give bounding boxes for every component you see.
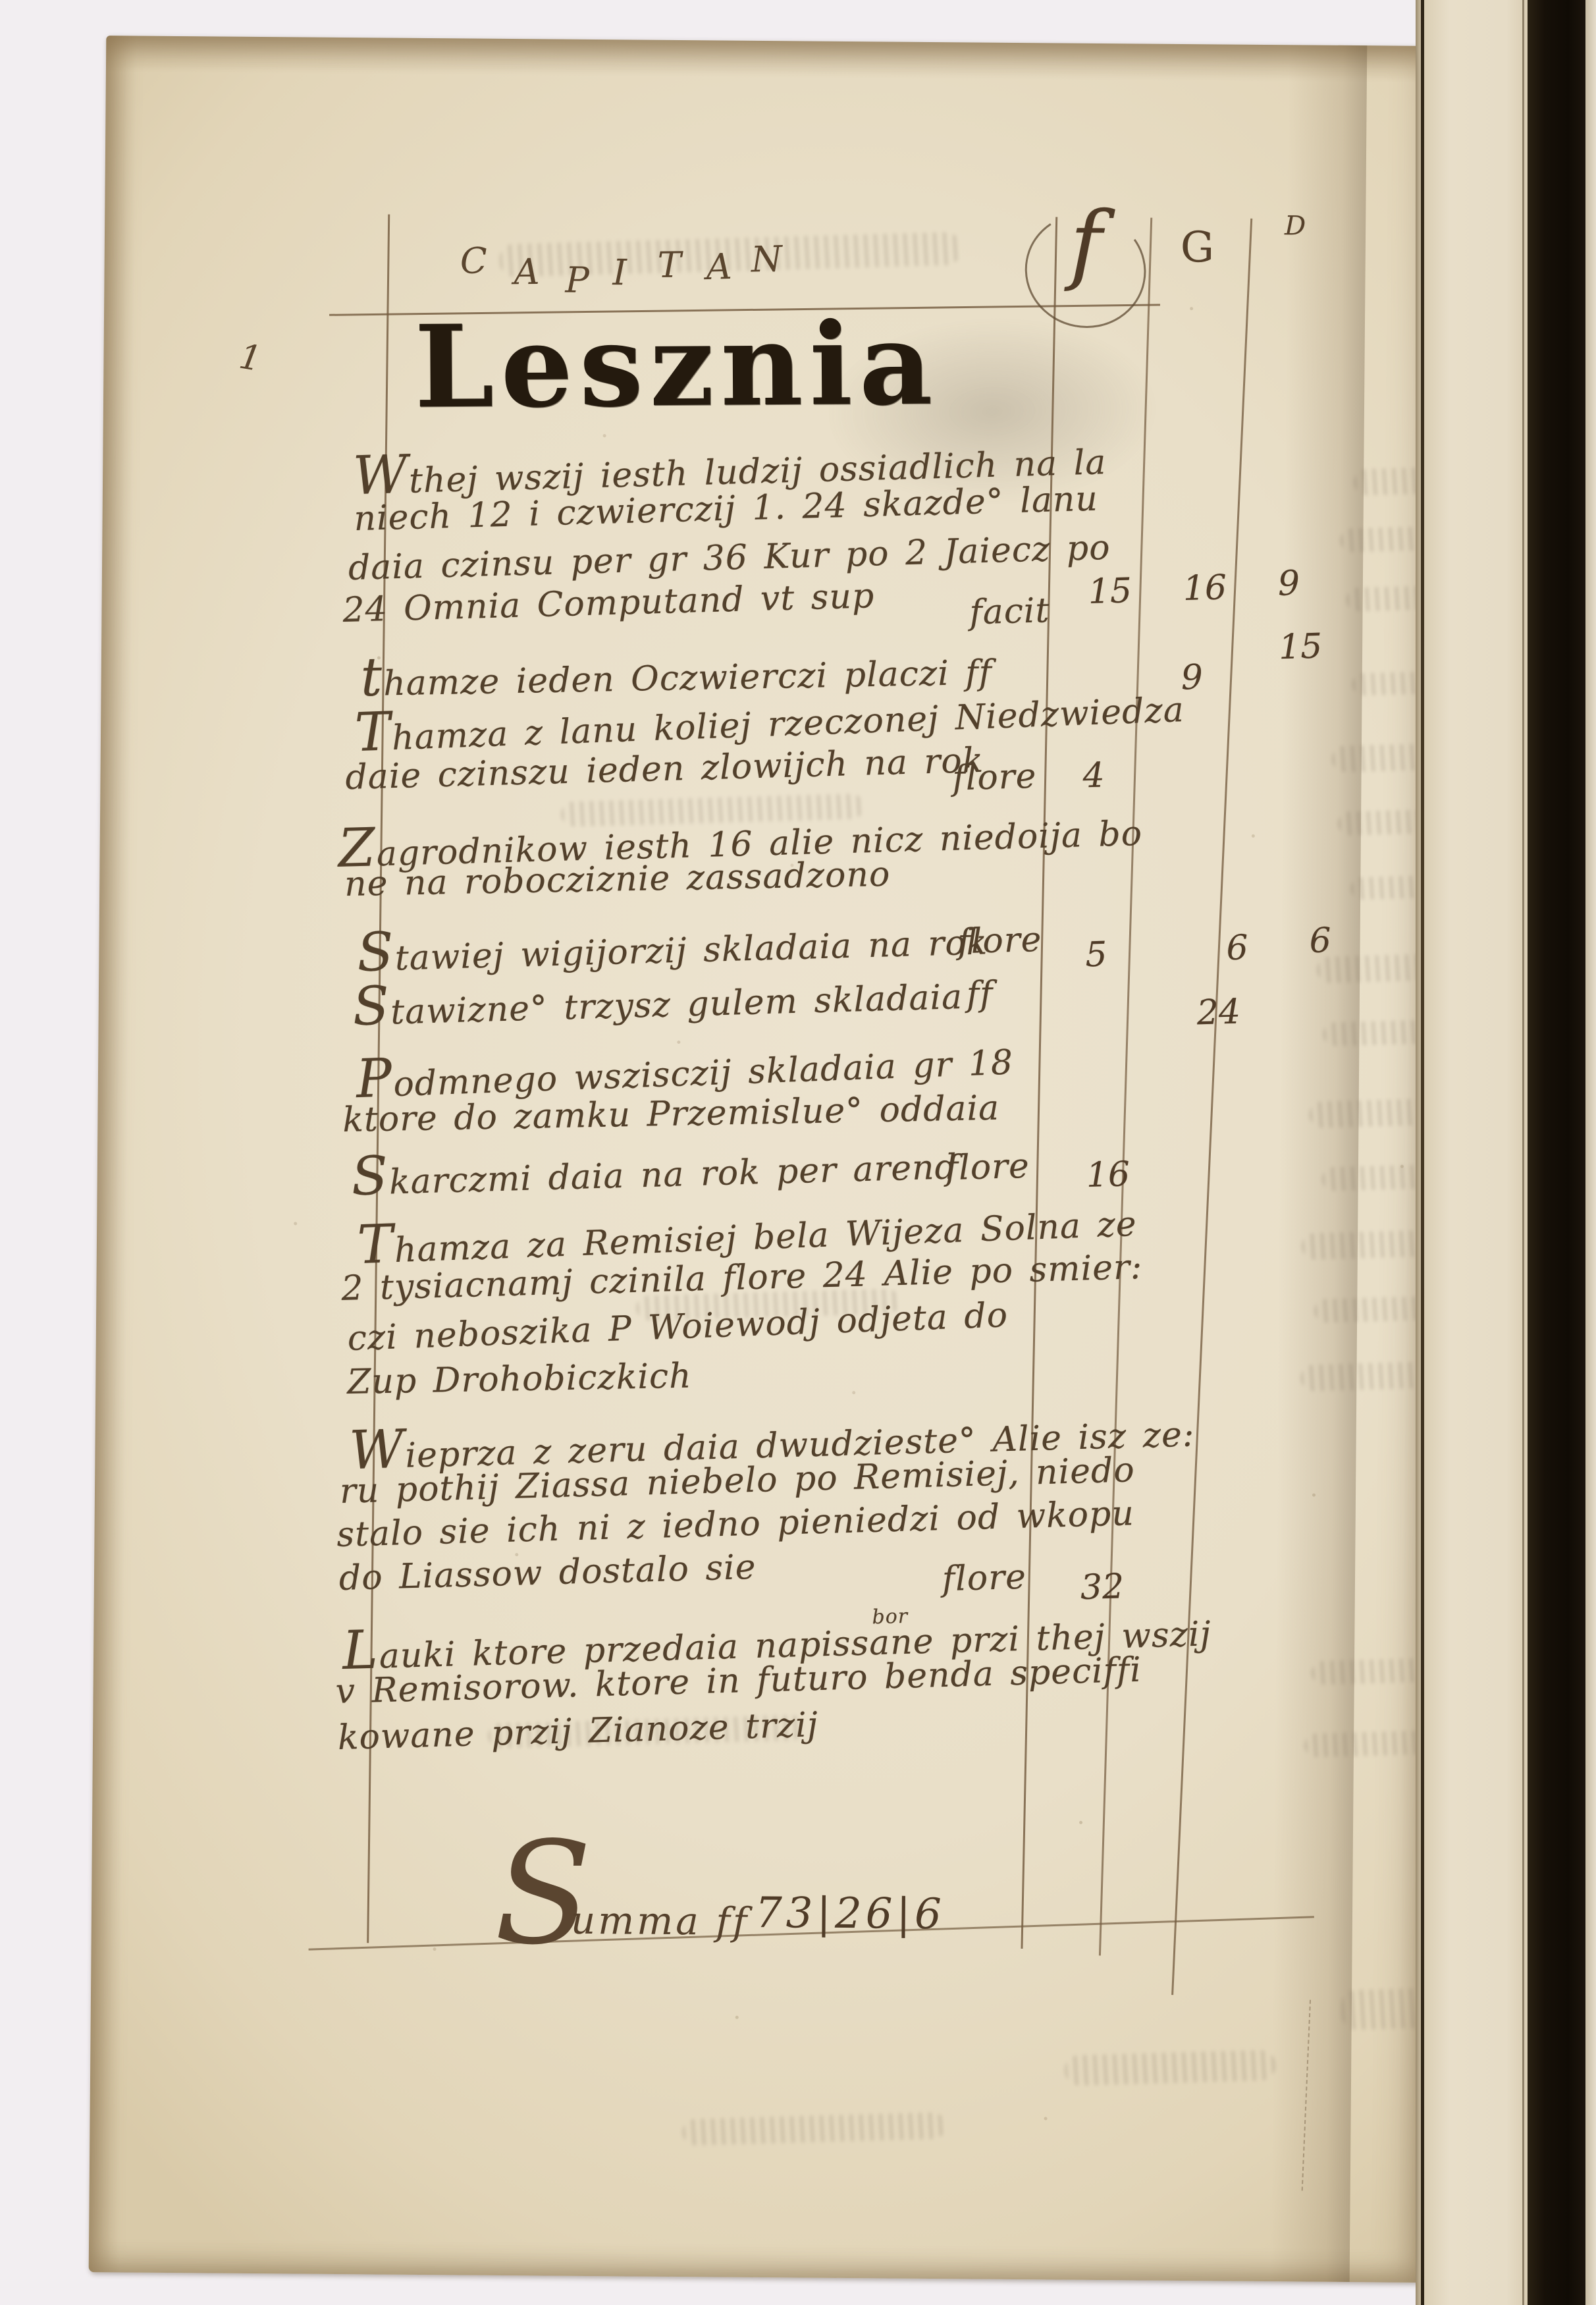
adjacent-page-edge	[1416, 0, 1529, 2305]
header-letter: N	[751, 238, 783, 280]
bleedthrough-smudge	[1065, 2050, 1276, 2086]
amount-value: 24	[1196, 992, 1241, 1033]
amount-value: 9	[1181, 658, 1204, 698]
header-letter: T	[657, 244, 681, 286]
text-line: ne na robocziznie zassadzono	[344, 856, 891, 904]
header-letter: P	[565, 259, 589, 301]
amount-value: 15	[1278, 627, 1323, 668]
text-line: daia czinsu per gr 36 Kur po 2 Jaiecz po	[348, 529, 1111, 587]
gutter-shadow	[1271, 45, 1368, 2282]
text-line: kowane przij Zianoze trzij	[337, 1706, 818, 1757]
amount-value: 6	[1309, 921, 1332, 961]
text-line: facit	[969, 592, 1050, 632]
grosz-column-letter: G	[1181, 223, 1215, 272]
denar-column-letter: D	[1285, 211, 1306, 241]
summa-value: 73|26|6	[755, 1889, 945, 1939]
page-stack-edge	[1585, 0, 1596, 2305]
manuscript-page: CAPITAN f G D 1 Lesznia Wthej wszij iest…	[89, 36, 1437, 2283]
amount-value: 4	[1082, 755, 1105, 796]
page-stack-crease	[1522, 0, 1524, 2305]
header-letter: I	[612, 252, 627, 293]
text-line: ff	[966, 975, 994, 1014]
amount-value: 16	[1086, 1154, 1130, 1195]
gutter-crease	[1421, 0, 1424, 2305]
text-line: flore	[957, 921, 1042, 962]
book-binding	[1528, 0, 1585, 2305]
text-line: do Liassow dostalo sie	[338, 1549, 757, 1598]
bleedthrough-smudge	[682, 2112, 946, 2146]
page-edge-shading-left	[89, 36, 137, 2272]
header-letter: A	[706, 246, 733, 288]
page-title: Lesznia	[414, 308, 940, 424]
scan-background: CAPITAN f G D 1 Lesznia Wthej wszij iest…	[0, 0, 1596, 2305]
text-line: Skarczmi daia na rok per arend	[351, 1131, 958, 1206]
amount-value: 15	[1088, 571, 1132, 612]
header-letter: A	[514, 251, 540, 292]
text-line: Zup Drohobiczkich	[347, 1357, 692, 1401]
text-line: flore	[952, 758, 1037, 798]
page-edge-shading-top	[106, 36, 1436, 83]
summa-initial: S	[494, 1822, 592, 1965]
summa-label: umma ff	[571, 1898, 750, 1944]
amount-value: 6	[1226, 928, 1249, 968]
folio-mark: 1	[236, 337, 264, 380]
ruled-line-denar-column	[1171, 219, 1252, 1995]
text-line: flore	[942, 1559, 1026, 1599]
header-letter: C	[460, 240, 488, 282]
florin-column-letter: f	[1069, 200, 1102, 287]
text-line: flore	[945, 1148, 1030, 1188]
amount-value: 9	[1277, 564, 1300, 604]
paper-surface: CAPITAN f G D 1 Lesznia Wthej wszij iest…	[89, 36, 1437, 2283]
amount-value: 16	[1183, 568, 1227, 609]
amount-value: 5	[1085, 935, 1108, 975]
paper-specks	[106, 36, 108, 38]
amount-value: 32	[1080, 1567, 1125, 1608]
